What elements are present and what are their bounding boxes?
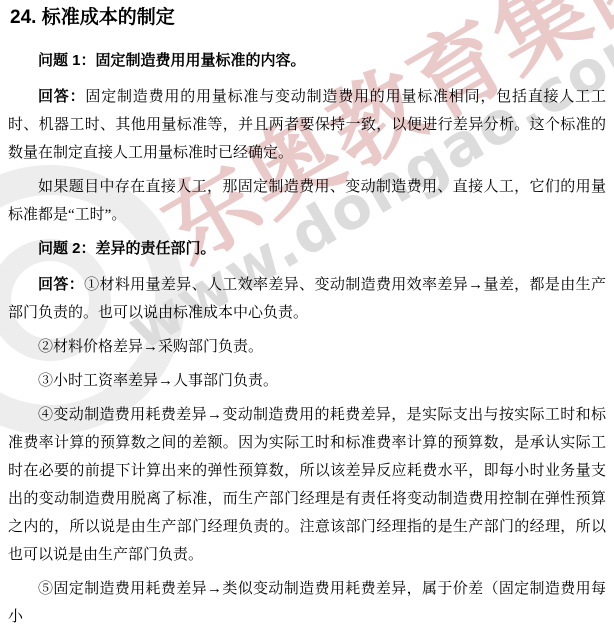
answer-1-text: 固定制造费用的用量标准与变动制造费用的用量标准相同，包括直接人工工时、机器工时、… bbox=[8, 89, 606, 161]
document-content: 24. 标准成本的制定 问题 1：固定制造费用用量标准的内容。 回答：固定制造费… bbox=[0, 0, 614, 631]
list-item-4: ④变动制造费用耗费差异→变动制造费用的耗费差异，是实际支出与按实际工时和标准费率… bbox=[8, 401, 606, 569]
page-title: 24. 标准成本的制定 bbox=[10, 6, 606, 30]
note-paragraph: 如果题目中存在直接人工，那固定制造费用、变动制造费用、直接人工，它们的用量标准都… bbox=[8, 173, 606, 229]
list-item-3: ③小时工资率差异→人事部门负责。 bbox=[8, 367, 606, 395]
answer-label: 回答： bbox=[38, 277, 84, 293]
answer-label: 回答： bbox=[38, 89, 85, 105]
list-item-5: ⑤固定制造费用耗费差异→类似变动制造费用耗费差异，属于价差（固定制造费用每小 bbox=[8, 575, 606, 631]
answer-2-paragraph: 回答：①材料用量差异、人工效率差异、变动制造费用效率差异→量差，都是由生产部门负… bbox=[8, 271, 606, 327]
document-page: 东奥教育集团 www.dongao.com 24. 标准成本的制定 问题 1：固… bbox=[0, 0, 614, 633]
answer-1-paragraph: 回答：固定制造费用的用量标准与变动制造费用的用量标准相同，包括直接人工工时、机器… bbox=[8, 83, 606, 167]
list-item-2: ②材料价格差异→采购部门负责。 bbox=[8, 333, 606, 361]
question-2-heading: 问题 2：差异的责任部门。 bbox=[8, 235, 606, 263]
answer-2-text: ①材料用量差异、人工效率差异、变动制造费用效率差异→量差，都是由生产部门负责的。… bbox=[8, 277, 606, 321]
question-1-heading: 问题 1：固定制造费用用量标准的内容。 bbox=[8, 47, 606, 75]
